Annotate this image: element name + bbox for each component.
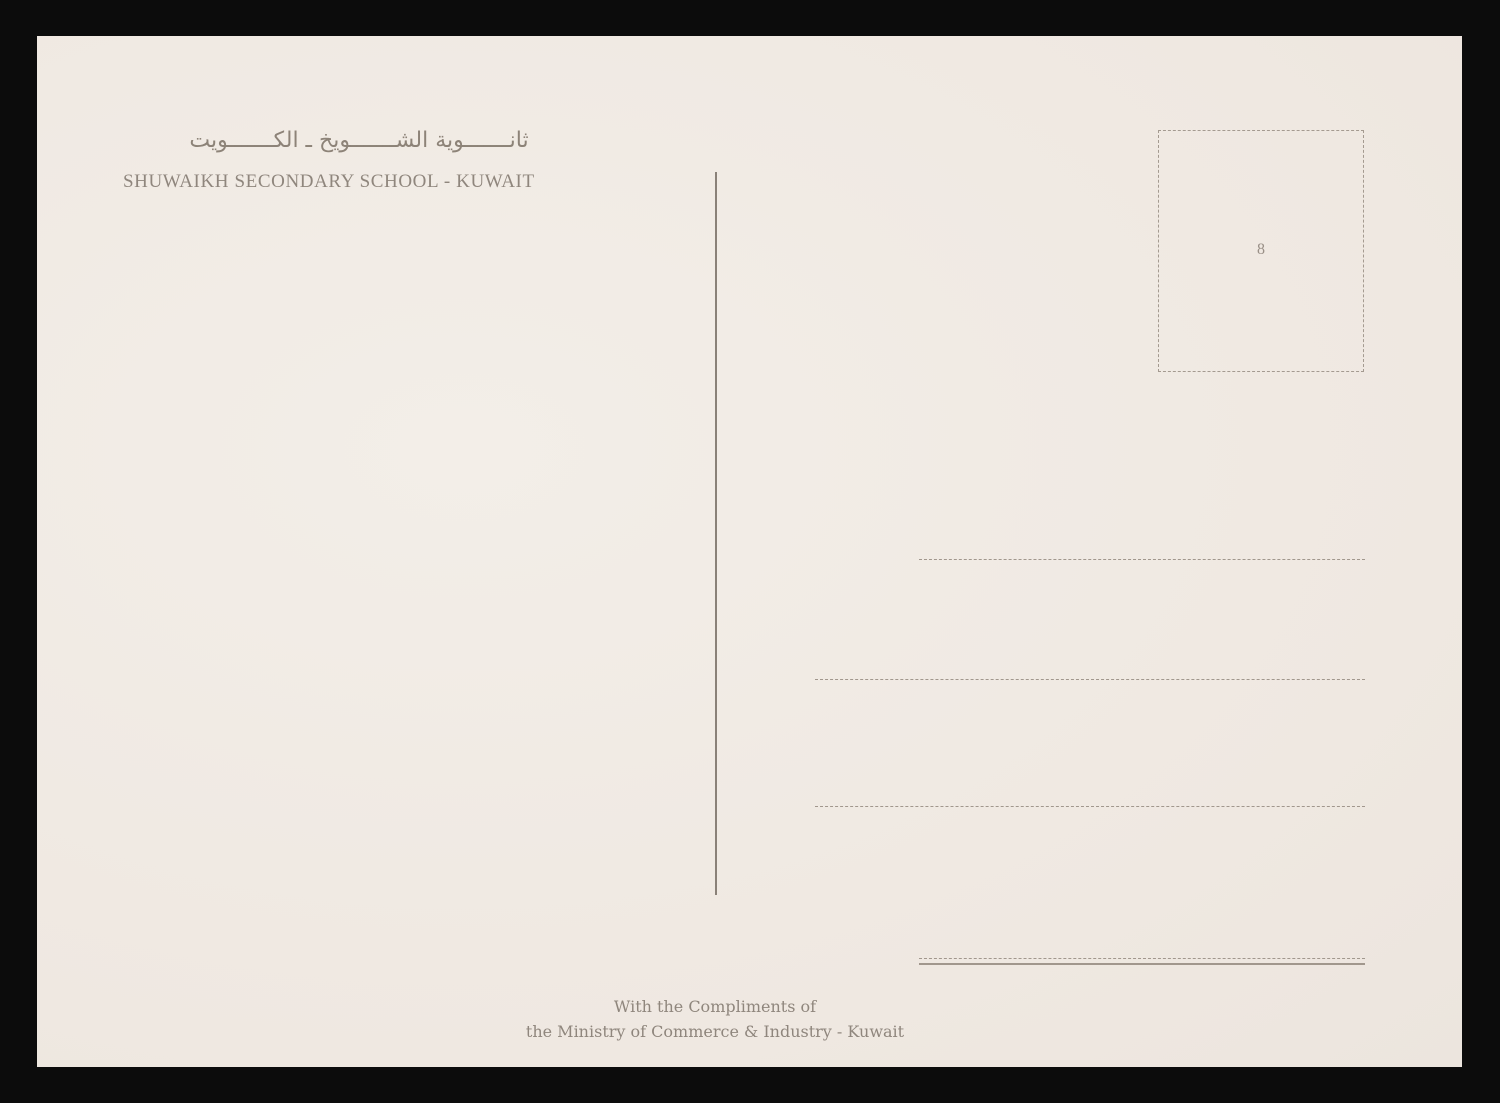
address-line-4-dashed	[919, 958, 1365, 959]
stamp-box: 8	[1158, 130, 1364, 372]
vertical-divider	[715, 172, 717, 895]
footer-line-2: the Ministry of Commerce & Industry - Ku…	[437, 1019, 993, 1044]
stamp-box-number: 8	[1159, 241, 1363, 259]
address-line-1	[919, 559, 1365, 560]
english-school-title: SHUWAIKH SECONDARY SCHOOL - KUWAIT	[123, 171, 535, 193]
address-line-2	[815, 679, 1365, 680]
address-line-3	[815, 806, 1365, 807]
postcard-back: ثانـــــــوية الشـــــــويخ ـ الكـــــــ…	[37, 36, 1462, 1067]
arabic-school-title: ثانـــــــوية الشـــــــويخ ـ الكـــــــ…	[109, 128, 609, 153]
footer-compliments: With the Compliments of the Ministry of …	[437, 994, 993, 1044]
address-line-4-solid	[919, 963, 1365, 965]
footer-line-1: With the Compliments of	[437, 994, 993, 1019]
